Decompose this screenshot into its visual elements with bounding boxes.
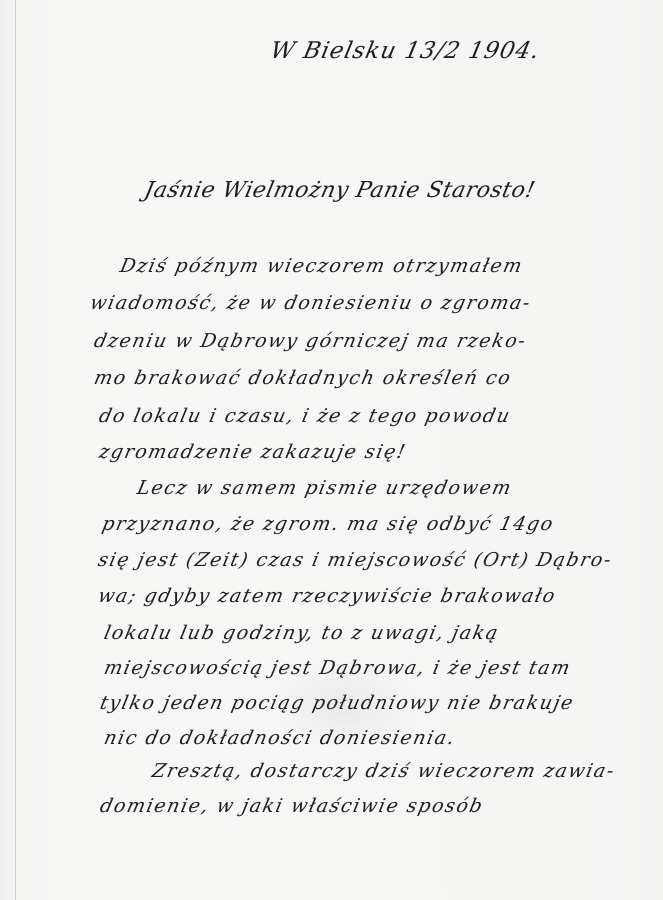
letter-line-7: Lecz w samem pismie urzędowem	[135, 477, 514, 499]
letter-line-1: Dziś późnym wieczorem otrzymałem	[118, 255, 525, 277]
page-fold-edge	[15, 0, 16, 900]
letter-line-8: przyznano, że zgrom. ma się odbyć 14go	[100, 513, 556, 535]
letter-line-9: się jest (Zeit) czas i miejscowość (Ort)…	[96, 549, 614, 571]
letter-line-13: tylko jeden pociąg południowy nie brakuj…	[98, 692, 576, 714]
letter-line-5: do lokalu i czasu, i że z tego powodu	[97, 405, 513, 427]
letter-line-2: wiadomość, że w doniesieniu o zgroma-	[88, 292, 533, 314]
letter-line-16: domienie, w jaki właściwie sposób	[98, 795, 486, 817]
letter-line-4: mo brakować dokładnych określeń co	[92, 367, 514, 389]
salutation: Jaśnie Wielmożny Panie Starosto!	[142, 178, 538, 203]
letter-line-14: nic do dokładności doniesienia.	[102, 727, 458, 749]
letter-line-10: wa; gdyby zatem rzeczywiście brakowało	[96, 585, 558, 607]
letter-line-12: miejscowością jest Dąbrowa, i że jest ta…	[102, 657, 573, 679]
letter-line-3: dzeniu w Dąbrowy górniczej ma rzeko-	[92, 330, 529, 352]
place-date-heading: W Bielsku 13/2 1904.	[268, 38, 542, 64]
letter-line-15: Zresztą, dostarczy dziś wieczorem zawia-	[150, 760, 617, 782]
letter-line-6: zgromadzenie zakazuje się!	[97, 441, 409, 463]
letter-line-11: lokalu lub godziny, to z uwagi, jaką	[102, 622, 501, 644]
